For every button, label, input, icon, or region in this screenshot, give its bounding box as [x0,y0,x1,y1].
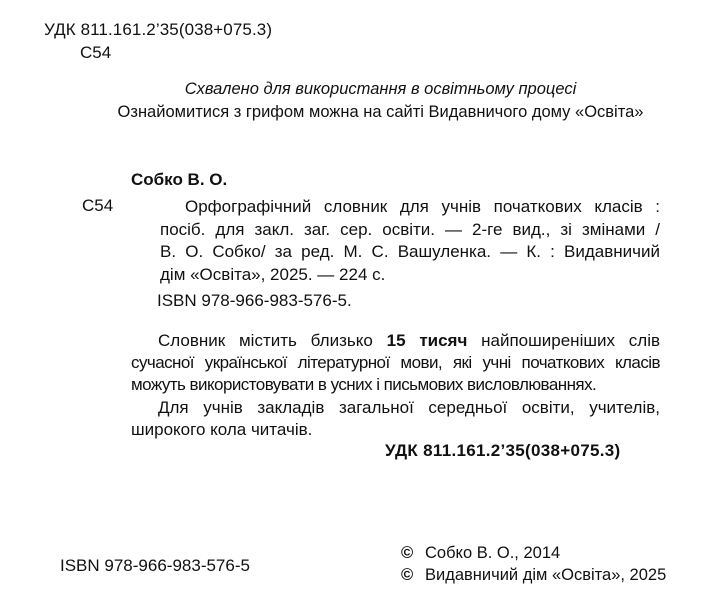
author-heading: Собко В. О. [131,170,227,190]
bibliographic-code: С54 [82,196,113,216]
annotation-line: можуть використовувати в усних і письмов… [131,374,660,396]
annotation-line: Словник містить близько 15 тисяч найпоши… [131,330,660,352]
copyright-block: ©Собко В. О., 2014 ©Видавничий дім «Осві… [401,543,666,586]
author-sign-code: С54 [80,43,111,63]
copyright-icon: © [401,565,425,587]
grif-notice: Ознайомитися з грифом можна на сайті Вид… [0,103,701,122]
copyright-holder: Собко В. О., 2014 [425,544,560,562]
annotation: Словник містить близько 15 тисяч найпоши… [131,330,660,441]
bibliographic-description: Орфографічний словник для учнів початков… [160,196,660,286]
word-count-highlight: 15 тисяч [387,331,468,350]
annotation-line: Для учнів закладів загальної середньої о… [131,397,660,419]
annotation-line: широкого кола читачів. [131,419,660,441]
bib-line: дім «Освіта», 2025. — 224 с. [160,264,660,287]
approval-statement: Схвалено для використання в освітньому п… [0,80,701,99]
annotation-text: найпоширеніших слів [467,331,660,350]
isbn-footer: ISBN 978-966-983-576-5 [60,556,250,576]
copyright-icon: © [401,543,425,565]
bib-line: посіб. для закл. заг. сер. освіти. — 2-г… [160,219,660,242]
copyright-row: ©Собко В. О., 2014 [401,543,666,565]
bib-line: Орфографічний словник для учнів початков… [160,196,660,219]
udk-classification-bottom: УДК 811.161.2’35(038+075.3) [385,441,621,461]
bib-line: В. О. Собко/ за ред. М. С. Вашуленка. — … [160,241,660,264]
annotation-line: сучасної української літературної мови, … [131,352,660,374]
copyright-holder: Видавничий дім «Освіта», 2025 [425,566,666,584]
udk-classification: УДК 811.161.2’35(038+075.3) [44,20,272,40]
copyright-row: ©Видавничий дім «Освіта», 2025 [401,565,666,587]
annotation-text: Словник містить близько [158,331,387,350]
isbn-number: ISBN 978-966-983-576-5. [157,291,352,311]
